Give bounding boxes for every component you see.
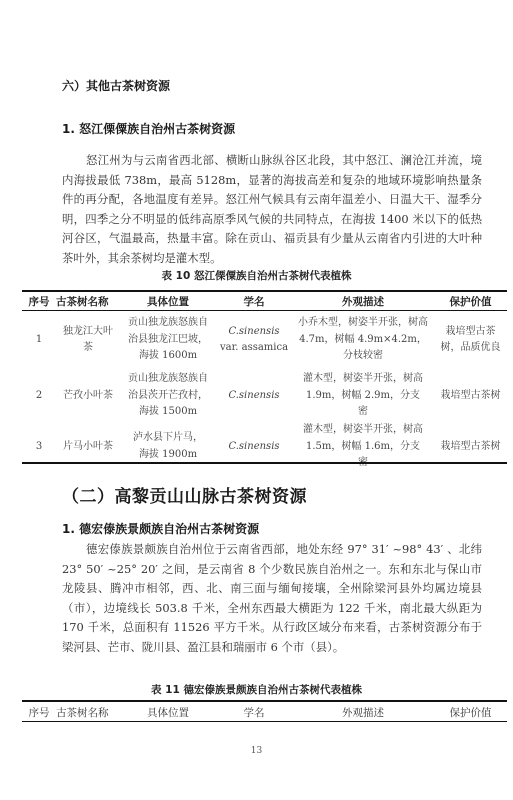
table-caption: 表 10 怒江傈僳族自治州古茶树代表植株: [0, 268, 513, 283]
cell-value: 栽培型古茶树，品质优良: [434, 310, 507, 370]
table-row: 2 芒孜小叶茶 贡山独龙族怒族自治县茨开芒孜村，海拔 1500m C.sinen…: [22, 370, 507, 422]
col-header: 保护价值: [434, 703, 507, 721]
cell-name: 独龙江大叶茶: [56, 310, 120, 370]
cell-value: 栽培型古茶树: [434, 422, 507, 472]
col-header: 古茶树名称: [56, 703, 120, 721]
col-header: 具体位置: [120, 292, 216, 310]
section-heading: （二）高黎贡山山脉古茶树资源: [62, 482, 307, 507]
col-header: 外观描述: [292, 292, 434, 310]
body-paragraph: 德宏傣族景颇族自治州位于云南省西部，地处东经 97° 31′ ~98° 43′ …: [62, 540, 482, 658]
cell-no: 2: [22, 370, 56, 422]
cell-description: 灌木型，树姿半开张，树高 1.5m，树幅 1.6m，分支密: [292, 422, 434, 472]
section-heading: 六）其他古茶树资源: [62, 77, 170, 94]
cell-name: 片马小叶茶: [56, 422, 120, 472]
col-header: 古茶树名称: [56, 292, 120, 310]
sci-name: C.sinensis: [218, 324, 290, 341]
col-header: 序号: [22, 292, 56, 310]
cell-sci-name: C.sinensis: [216, 370, 292, 422]
col-header: 保护价值: [434, 292, 507, 310]
cell-name: 芒孜小叶茶: [56, 370, 120, 422]
cell-no: 1: [22, 310, 56, 370]
cell-location: 贡山独龙族怒族自治县独龙江巴坡，海拔 1600m: [120, 310, 216, 370]
cell-no: 3: [22, 422, 56, 472]
col-header: 外观描述: [292, 703, 434, 721]
table-10: 序号 古茶树名称 具体位置 学名 外观描述 保护价值 1 独龙江大叶茶 贡山独龙…: [22, 292, 507, 472]
table-header-row: 序号 古茶树名称 具体位置 学名 外观描述 保护价值: [22, 703, 507, 721]
page-number: 13: [0, 746, 513, 756]
sci-variety: var. assamica: [218, 340, 290, 357]
cell-description: 小乔木型，树姿半开张，树高 4.7m，树幅 4.9m×4.2m，分枝较密: [292, 310, 434, 370]
table-bottom-rule: [22, 462, 507, 464]
table-header-row: 序号 古茶树名称 具体位置 学名 外观描述 保护价值: [22, 292, 507, 310]
cell-sci-name: C.sinensis var. assamica: [216, 310, 292, 370]
cell-sci-name: C.sinensis: [216, 422, 292, 472]
col-header: 学名: [216, 292, 292, 310]
col-header: 具体位置: [120, 703, 216, 721]
table-caption: 表 11 德宏傣族景颇族自治州古茶树代表植株: [0, 682, 513, 697]
table-row: 3 片马小叶茶 泸水县下片马，海拔 1900m C.sinensis 灌木型，树…: [22, 422, 507, 472]
cell-value: 栽培型古茶树: [434, 370, 507, 422]
col-header: 序号: [22, 703, 56, 721]
cell-location: 贡山独龙族怒族自治县茨开芒孜村，海拔 1500m: [120, 370, 216, 422]
table-top-rule: [22, 700, 507, 702]
table-header-rule: [22, 721, 507, 722]
cell-description: 灌木型，树姿半开张，树高 1.9m，树幅 2.9m，分支密: [292, 370, 434, 422]
col-header: 学名: [216, 703, 292, 721]
subsection-heading: 1. 德宏傣族景颇族自治州古茶树资源: [62, 520, 259, 537]
cell-location: 泸水县下片马，海拔 1900m: [120, 422, 216, 472]
table-row: 1 独龙江大叶茶 贡山独龙族怒族自治县独龙江巴坡，海拔 1600m C.sine…: [22, 310, 507, 370]
table-11: 序号 古茶树名称 具体位置 学名 外观描述 保护价值: [22, 703, 507, 721]
subsection-heading: 1. 怒江傈僳族自治州古茶树资源: [62, 120, 235, 137]
body-paragraph: 怒江州为与云南省西北部、横断山脉纵谷区北段，其中怒江、澜沧江并流，境内海拔最低 …: [62, 151, 482, 269]
